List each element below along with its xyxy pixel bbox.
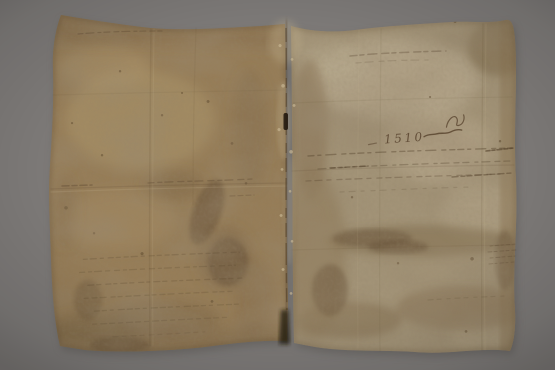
parchment-grain-texture [49,15,516,353]
fold-hole [284,113,289,130]
parchment-document: 1510 [47,14,528,354]
photo-stage: 1510 [0,0,555,370]
parchment-photograph: 1510 [0,0,555,370]
grain-area [49,15,516,353]
inscription-date: 1510 [384,130,425,147]
